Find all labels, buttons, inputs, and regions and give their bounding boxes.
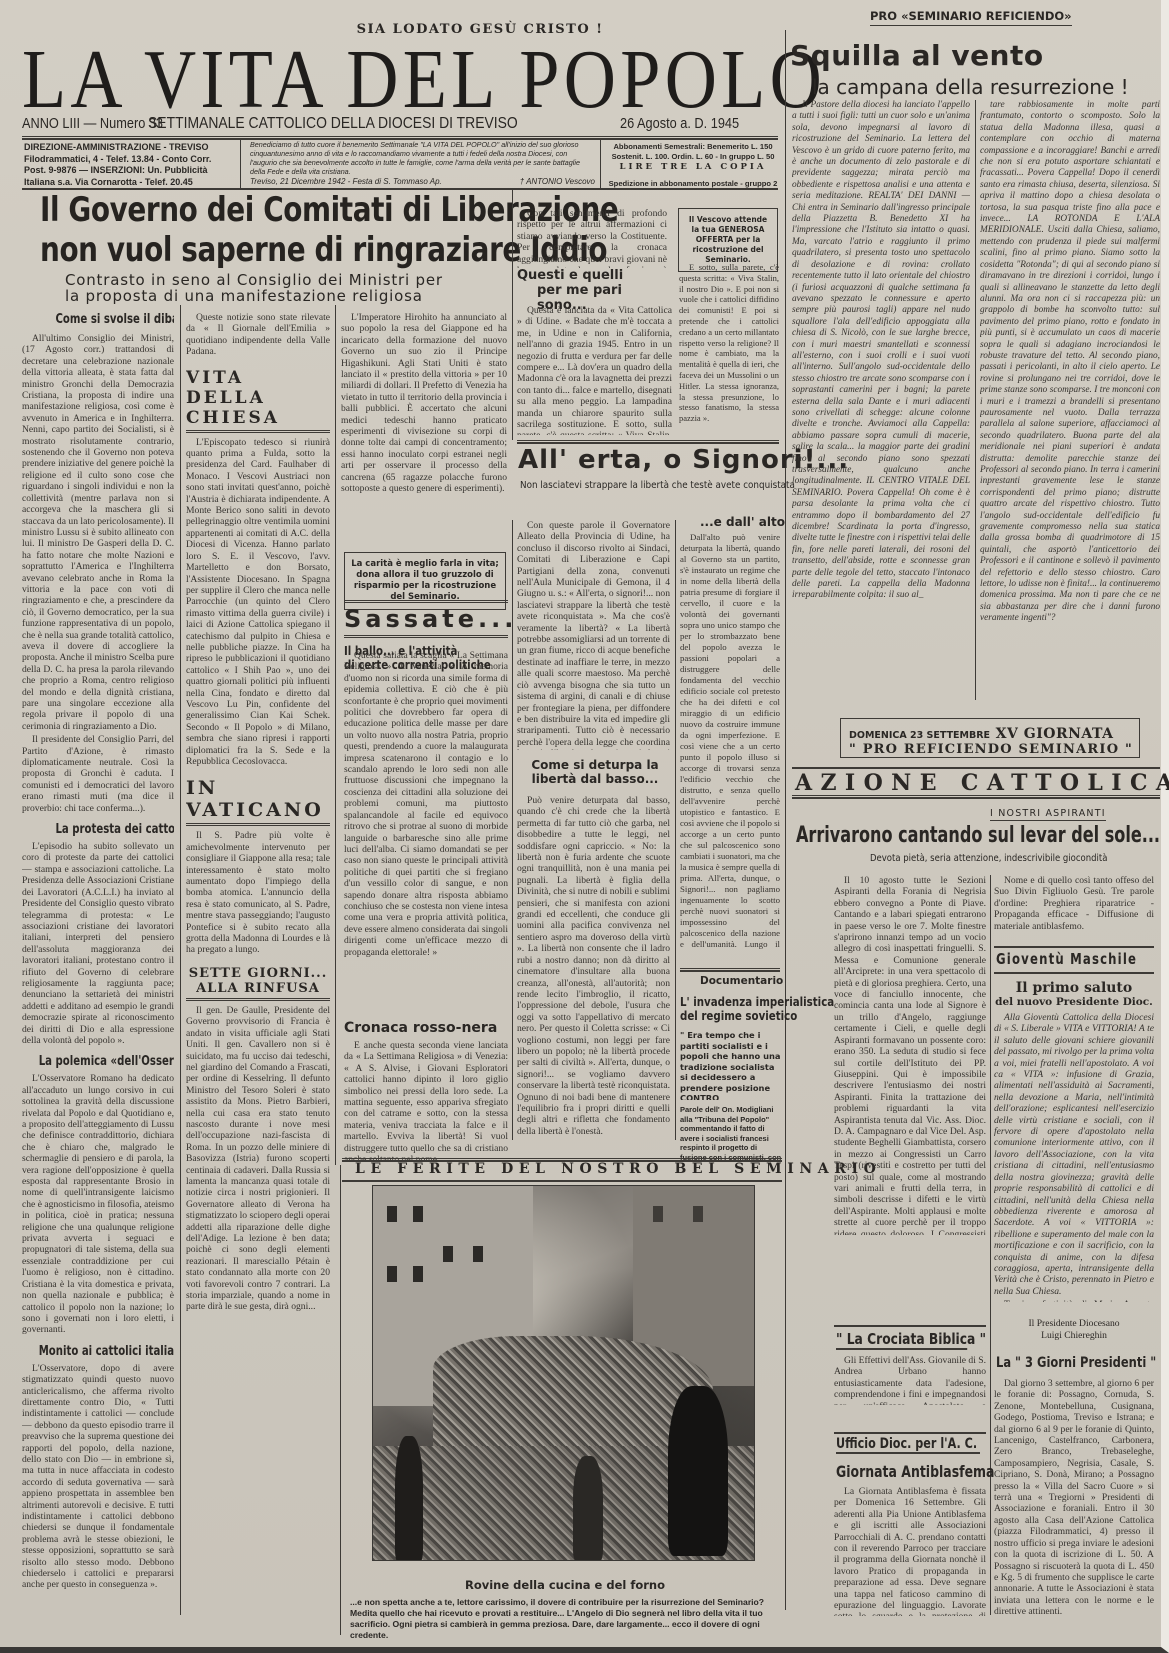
- issue-number: ANNO LIII — Numero 33: [22, 115, 163, 132]
- subhead-polemic: La polemica «dell'Osservatore Romano»: [39, 1054, 158, 1069]
- lead-article-column-4: Con tali sentimenti di profondo rispetto…: [517, 208, 667, 268]
- admin-info: DIREZIONE-AMMINISTRAZIONE - TREVISO Filo…: [24, 142, 234, 188]
- rule: [680, 968, 780, 972]
- gioventu-banner: Gioventù Maschile: [996, 950, 1152, 968]
- copy-price: LIRE TRE LA COPIA: [608, 163, 778, 173]
- divider: [240, 140, 241, 188]
- column-divider: [675, 520, 676, 1140]
- sette-giorni-text: Il gen. De Gaulle, Presidente del Govern…: [186, 1005, 330, 1313]
- rule: [994, 946, 1154, 948]
- rule: [792, 795, 1160, 799]
- column-divider: [990, 875, 991, 1615]
- allerta-subhead-basso: Come si deturpa la libertà dal basso...: [520, 758, 670, 786]
- aspiranti-headline: Arrivarono cantando sul levar del sole..…: [796, 823, 1088, 848]
- allerta-column-b: Può venire deturpata dal basso, quando c…: [517, 795, 670, 1155]
- column-divider: [340, 1165, 341, 1635]
- antiblasfema-headline: Giornata Antiblasfema: [836, 1462, 984, 1481]
- rule: [792, 767, 1160, 769]
- squilla-column-a: Il Pastore della diocesi ha lanciato l'a…: [792, 100, 970, 700]
- column-divider: [335, 305, 336, 1165]
- documentario-headline: L' invadenza imperialistica del regime s…: [680, 995, 770, 1023]
- vaticano-text: Il S. Padre più volte è amichevolmente i…: [186, 830, 330, 955]
- crociata-article: Gli Effettivi dell'Ass. Giovanile di S. …: [834, 1355, 986, 1405]
- lead-deck: Contrasto in seno al Consiglio dei Minis…: [65, 272, 465, 304]
- tre-giorni-headline: La " 3 Giorni Presidenti ": [996, 1355, 1152, 1371]
- documentario-label: Documentario: [700, 975, 783, 987]
- rule: [834, 1432, 986, 1434]
- column-divider: [785, 30, 786, 1610]
- vita-chiesa-banner: VITA DELLA CHIESA: [186, 368, 330, 433]
- gioventu-letter: Alla Gioventù Cattolica della Diocesi di…: [994, 1012, 1154, 1302]
- subhead-protest: La protesta dei cattolici: [55, 822, 174, 837]
- bishop-blessing: Benediciamo di tutto cuore il benemerito…: [250, 140, 595, 186]
- seminary-ruins-photo: [372, 1185, 755, 1561]
- gioventu-headline: Il primo saluto del nuovo Presidente Dio…: [994, 980, 1154, 1008]
- aspiranti-article: Il 10 agosto tutte le Sezioni Aspiranti …: [834, 875, 986, 1235]
- ufficio-headline: Ufficio Dioc. per l'A. C.: [836, 1436, 980, 1454]
- blessing-signature: † ANTONIO Vescovo: [520, 177, 595, 186]
- vaticano-banner: IN VATICANO: [186, 777, 330, 826]
- seminary-appeal: ...e non spetta anche a te, lettore cari…: [350, 1597, 790, 1641]
- blessing-place: Treviso, 21 Dicembre 1942 - Festa di S. …: [250, 177, 442, 186]
- pro-seminario-label: PRO «SEMINARIO REFICIENDO»: [870, 9, 1072, 26]
- squilla-headline: Squilla al vento: [790, 42, 1044, 70]
- column-2: Queste notizie sono state rilevate da « …: [186, 312, 330, 1612]
- documentario-quote: " Era tempo che i partiti socialisti e i…: [680, 1030, 782, 1100]
- allerta-column-a: Con queste parole il Governatore Alleato…: [517, 520, 670, 750]
- newspaper-subtitle: SETTIMANALE CATTOLICO DELLA DIOCESI DI T…: [148, 115, 518, 133]
- questi-article-cont: E sotto, sulla parete, c'è questa scritt…: [679, 262, 779, 437]
- subhead-debate: Come si svolse il dibattito: [55, 312, 174, 327]
- cronaca-head: Cronaca rosso-nera: [344, 1020, 508, 1036]
- tre-giorni-article: Dal giorno 3 settembre, al giorno 6 per …: [994, 1378, 1154, 1616]
- vita-chiesa-text: L'Episcopato tedesco si riunirà quanto p…: [186, 437, 330, 768]
- subhead-warning: Monito ai cattolici italiani: [39, 1344, 158, 1359]
- aspiranti-kicker: I NOSTRI ASPIRANTI: [990, 808, 1106, 821]
- ferite-banner: LE FERITE DEL NOSTRO BEL SEMINARIO: [355, 1161, 780, 1177]
- ballo-article: Questa saliata la scaglia « La Settimana…: [344, 650, 508, 1015]
- azione-cattolica-banner: AZIONE CATTOLICA: [795, 770, 1160, 796]
- column-divider: [975, 100, 976, 700]
- rule: [342, 1180, 782, 1182]
- giornata-box: DOMENICA 23 SETTEMBRE XV GIORNATA " PRO …: [840, 718, 1140, 758]
- issue-date: 26 Agosto a. D. 1945: [620, 115, 739, 132]
- rule: [834, 1325, 986, 1327]
- squilla-subheadline: la campana della resurrezione !: [812, 76, 1129, 98]
- allerta-deck: Non lasciatevi strappare la libertà che …: [520, 480, 749, 491]
- antiblasfema-article: La Giornata Antiblasfema è fissata per D…: [834, 1486, 986, 1616]
- column-divider: [512, 190, 513, 440]
- cronaca-article: E anche questa seconda viene lanciata da…: [344, 1040, 508, 1160]
- lead-article-column-1: Come si svolse il dibattito All'ultimo C…: [22, 312, 174, 1612]
- gioventu-signature: Il Presidente Diocesano Luigi Chiereghin: [994, 1318, 1154, 1341]
- sassate-banner: Sassate...: [344, 600, 508, 638]
- divider: [600, 140, 601, 188]
- documentario-attribution: Parole dell' On. Modigliani alla "Tribun…: [680, 1105, 782, 1163]
- squilla-column-b: tare rabbiosamente in molte parti frantu…: [980, 100, 1160, 700]
- rule: [517, 440, 779, 444]
- newspaper-page: SIA LODATO GESÙ CRISTO ! LA VITA DEL POP…: [0, 0, 1169, 1653]
- newspaper-title: LA VITA DEL POPOLO: [22, 38, 676, 122]
- sette-giorni-banner: SETTE GIORNI... ALLA RINFUSA: [186, 966, 330, 1001]
- photo-caption: Rovine della cucina e del forno: [340, 1578, 790, 1592]
- questi-article: Questa è lanciata da « Vita Cattolica » …: [517, 305, 672, 435]
- crociata-headline: " La Crociata Biblica ": [836, 1330, 967, 1350]
- allerta-subhead-alto: ...e dall' alto: [700, 515, 785, 529]
- subscriptions-info: Abbonamenti Semestrali: Benemerito L. 15…: [608, 142, 778, 188]
- rule: [994, 972, 1154, 974]
- allerta-column-c: Dall'alto può venire deturpata la libert…: [680, 532, 780, 952]
- antiblasfema-continuation: Nome e di quello così tanto offeso del S…: [994, 875, 1154, 935]
- column-3-upper: L'Imperatore Hirohito ha annunciato al s…: [341, 312, 507, 537]
- aspiranti-deck: Devota pietà, seria attenzione, indescri…: [870, 853, 1107, 864]
- column-divider: [180, 305, 181, 1615]
